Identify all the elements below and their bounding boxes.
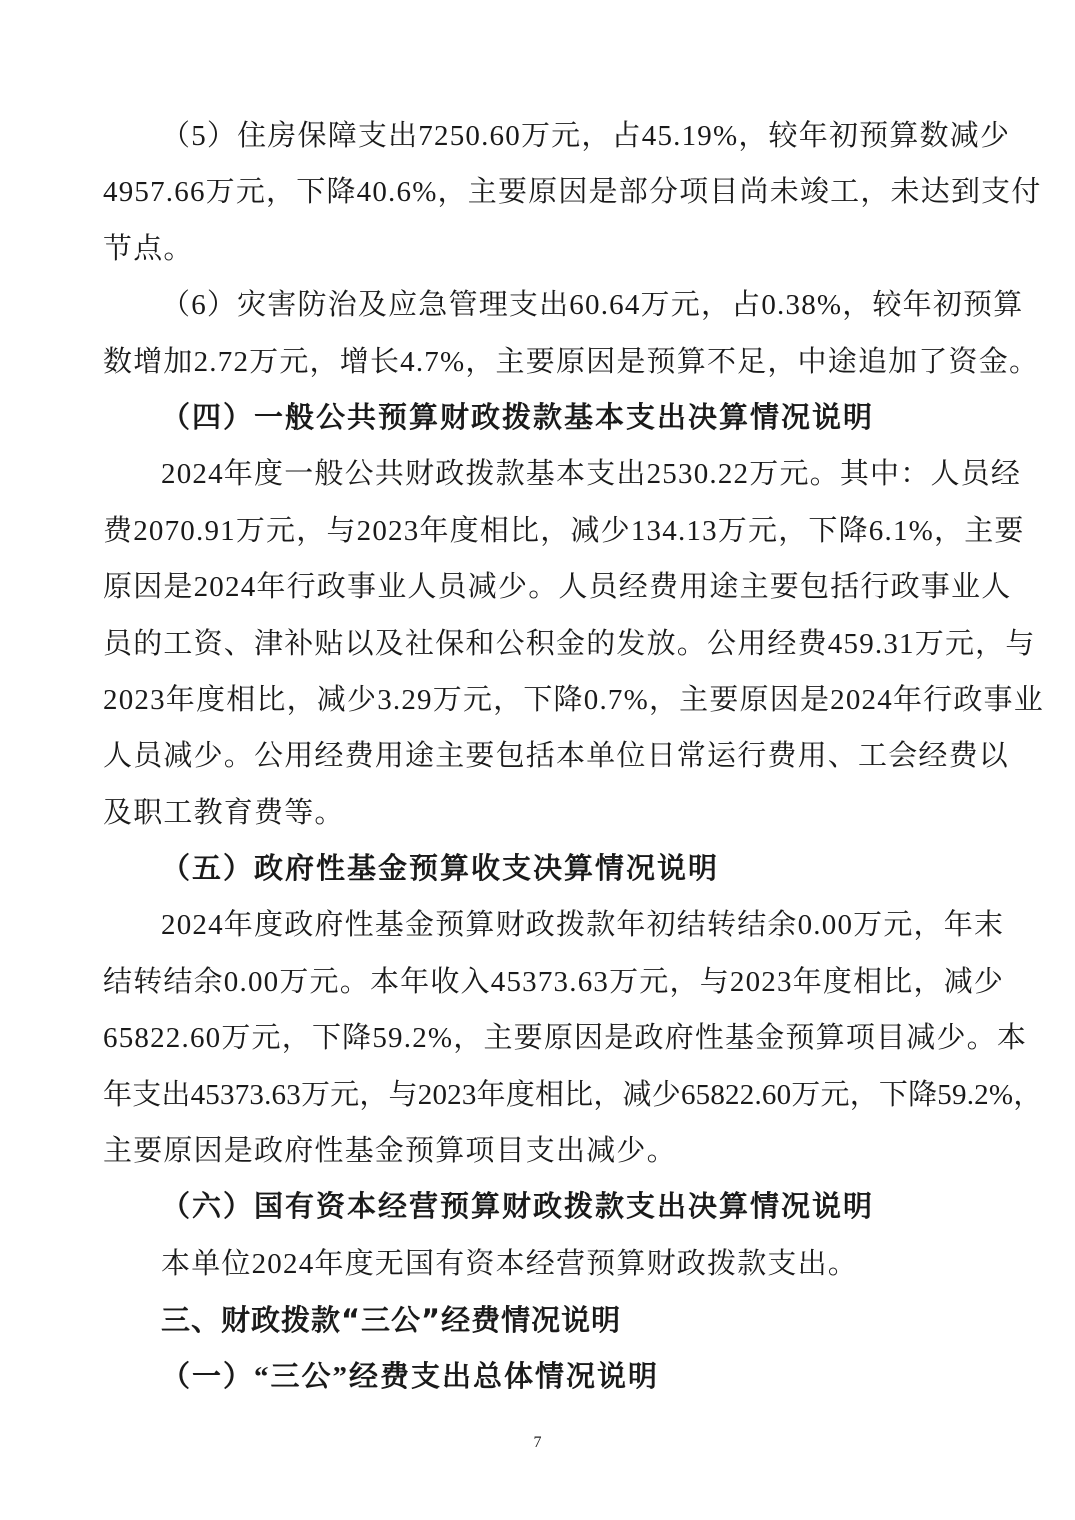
body-line: （5）住房保障支出7250.60万元，占45.19%，较年初预算数减少: [103, 108, 971, 164]
body-line: 数增加2.72万元，增长4.7%，主要原因是预算不足，中途追加了资金。: [103, 334, 971, 390]
body-line: 2024年度政府性基金预算财政拨款年初结转结余0.00万元，年末: [103, 897, 971, 953]
body-line: 4957.66万元，下降40.6%，主要原因是部分项目尚未竣工，未达到支付: [103, 164, 971, 220]
body-line: 年支出45373.63万元，与2023年度相比，减少65822.60万元，下降5…: [103, 1067, 971, 1123]
body-line: 及职工教育费等。: [103, 785, 971, 841]
body-line: 费2070.91万元，与2023年度相比，减少134.13万元，下降6.1%，主…: [103, 503, 971, 559]
body-line: （6）灾害防治及应急管理支出60.64万元，占0.38%，较年初预算: [103, 277, 971, 333]
section-heading-5: （五）政府性基金预算收支决算情况说明: [103, 841, 971, 897]
body-line: 原因是2024年行政事业人员减少。人员经费用途主要包括行政事业人: [103, 559, 971, 615]
body-line: 主要原因是政府性基金预算项目支出减少。: [103, 1123, 971, 1179]
document-page: （5）住房保障支出7250.60万元，占45.19%，较年初预算数减少 4957…: [103, 108, 971, 1405]
page-number: 7: [0, 1434, 1075, 1452]
body-line: 结转结余0.00万元。本年收入45373.63万元，与2023年度相比，减少: [103, 954, 971, 1010]
body-line: 2024年度一般公共财政拨款基本支出2530.22万元。其中：人员经: [103, 446, 971, 502]
body-line: 65822.60万元，下降59.2%，主要原因是政府性基金预算项目减少。本: [103, 1010, 971, 1066]
body-line: 本单位2024年度无国有资本经营预算财政拨款支出。: [103, 1236, 971, 1292]
subsection-heading-1: （一）“三公”经费支出总体情况说明: [103, 1349, 971, 1405]
section-heading-6: （六）国有资本经营预算财政拨款支出决算情况说明: [103, 1179, 971, 1235]
body-line: 员的工资、津补贴以及社保和公积金的发放。公用经费459.31万元，与: [103, 616, 971, 672]
chapter-heading-3: 三、财政拨款“三公”经费情况说明: [103, 1292, 971, 1348]
body-line: 节点。: [103, 221, 971, 277]
body-line: 2023年度相比，减少3.29万元，下降0.7%，主要原因是2024年行政事业: [103, 672, 971, 728]
body-line: 人员减少。公用经费用途主要包括本单位日常运行费用、工会经费以: [103, 728, 971, 784]
section-heading-4: （四）一般公共预算财政拨款基本支出决算情况说明: [103, 390, 971, 446]
